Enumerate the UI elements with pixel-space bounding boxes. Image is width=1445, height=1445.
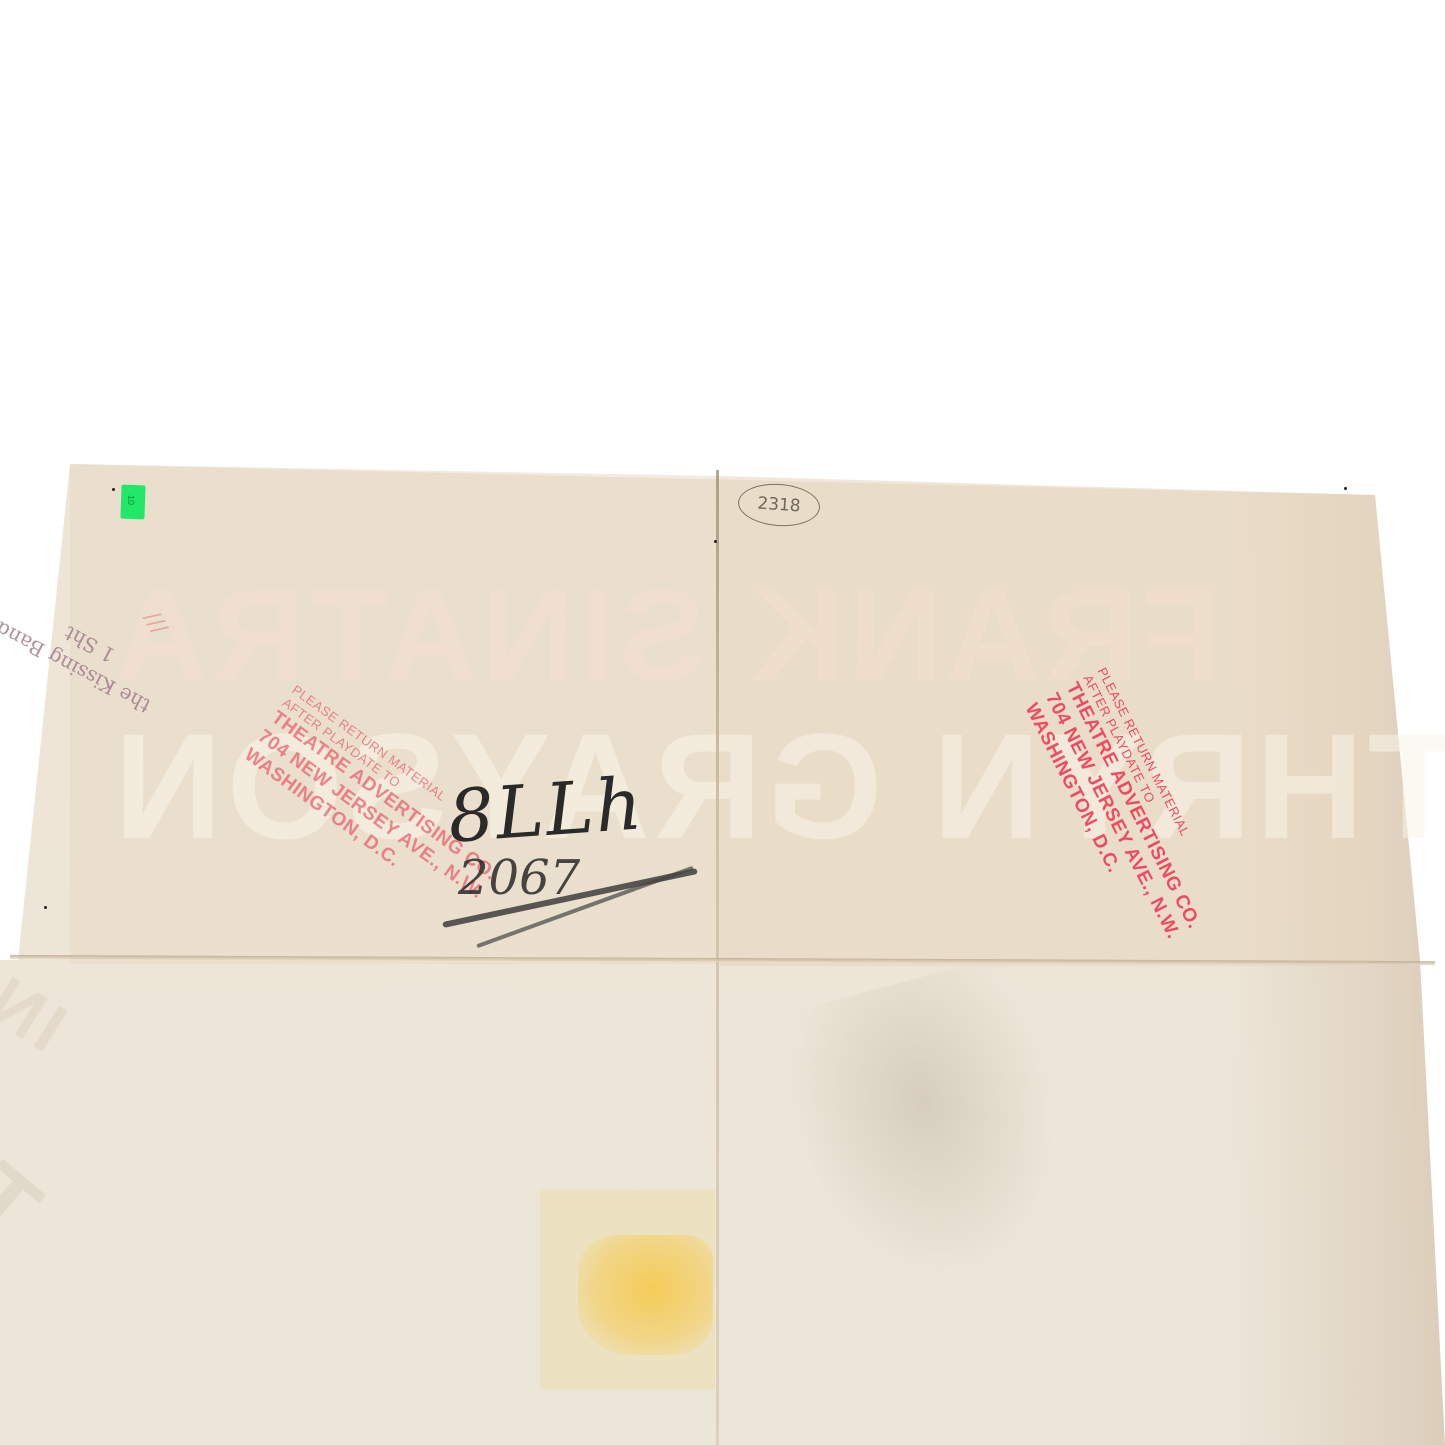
yellow-stain xyxy=(578,1235,713,1355)
pin-hole xyxy=(1344,487,1347,490)
photo-scene: FRANK SINATRA KATHRYN GRAYSON IN SONG, S… xyxy=(0,0,1445,1445)
green-sticker: 10 xyxy=(120,485,145,520)
show-through-title-1: FRANK SINATRA xyxy=(110,560,1221,710)
sticker-text: 10 xyxy=(126,495,136,505)
pin-hole xyxy=(714,540,717,543)
folded-poster: FRANK SINATRA KATHRYN GRAYSON IN SONG, S… xyxy=(0,0,1445,1445)
inventory-number-text: 2318 xyxy=(757,494,802,517)
pin-hole xyxy=(112,488,115,491)
pencil-note: 8LLh xyxy=(445,761,646,858)
pin-hole xyxy=(44,906,47,909)
